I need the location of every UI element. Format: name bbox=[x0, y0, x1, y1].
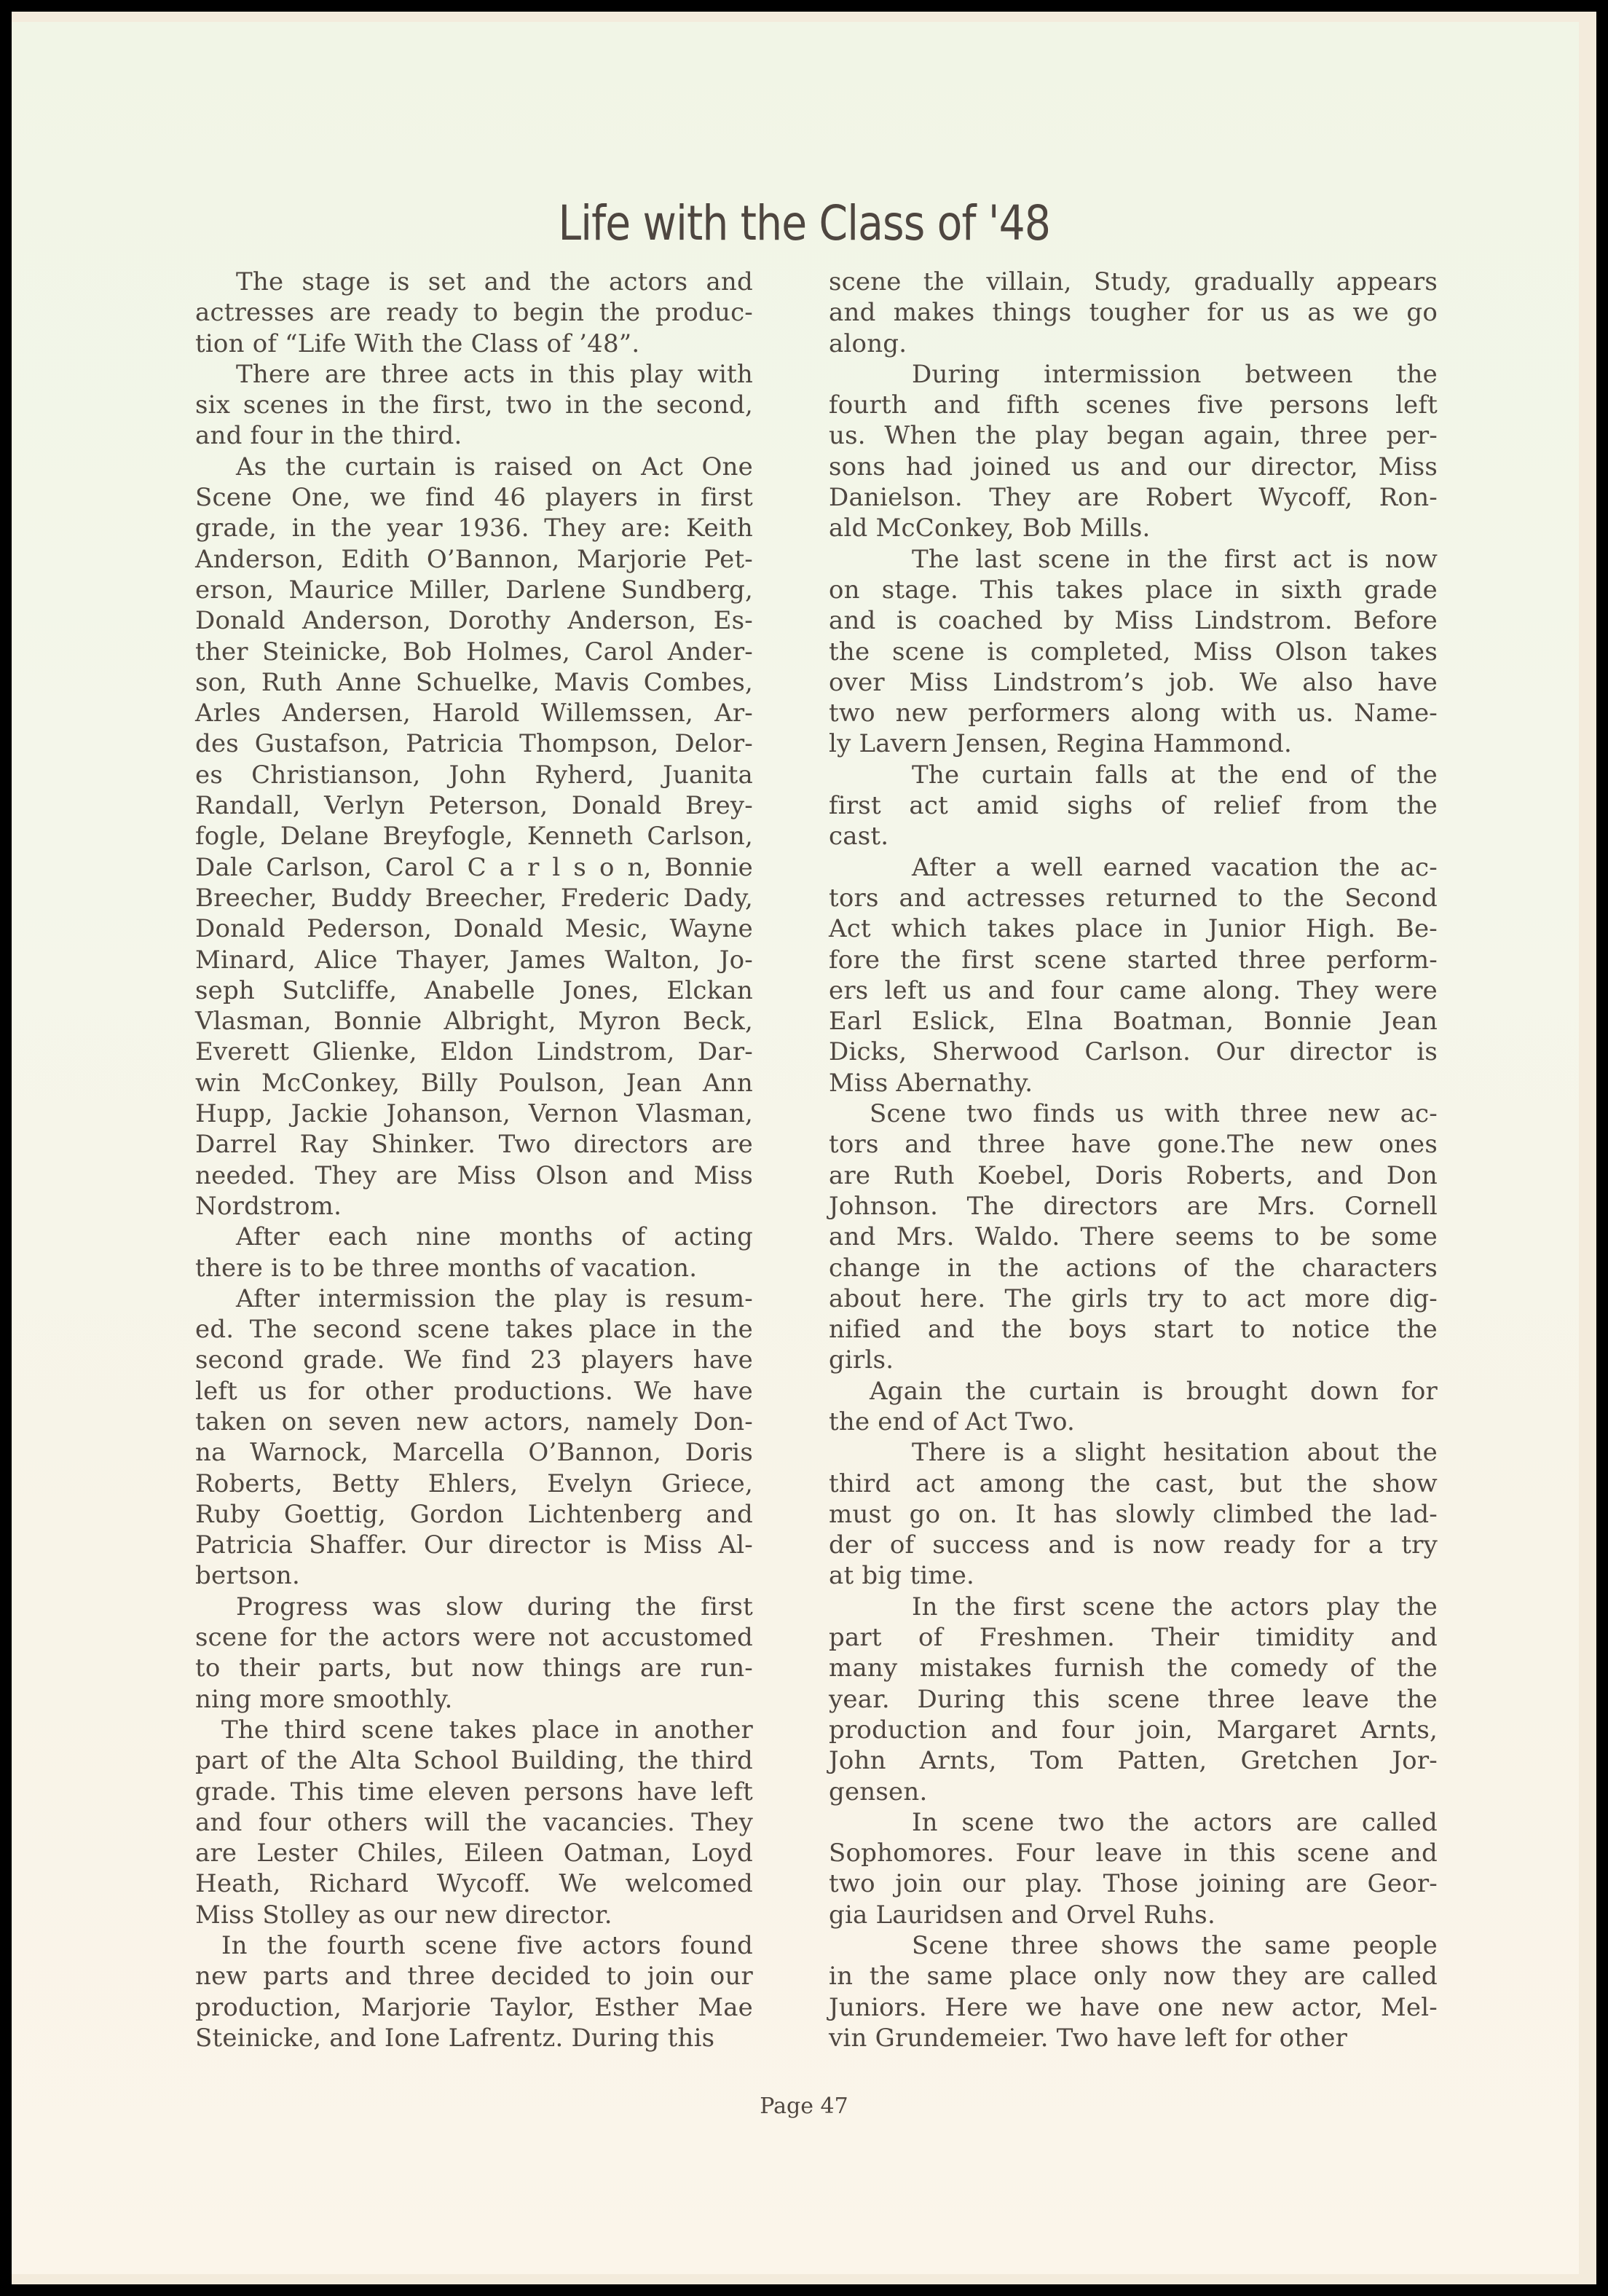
text-line: Breecher, Buddy Breecher, Frederic Dady, bbox=[195, 883, 753, 913]
text-line: The curtain falls at the end of the bbox=[829, 760, 1438, 790]
paragraph: In the fourth scene five actors foundnew… bbox=[195, 1930, 753, 2053]
left-column: The stage is set and the actors andactre… bbox=[195, 267, 753, 2053]
text-line: Arles Andersen, Harold Willemssen, Ar- bbox=[195, 698, 753, 728]
text-line: must go on. It has slowly climbed the la… bbox=[829, 1499, 1438, 1530]
text-line: at big time. bbox=[829, 1560, 1438, 1591]
text-line: Scene One, we find 46 players in first bbox=[195, 482, 753, 513]
text-line: and is coached by Miss Lindstrom. Before bbox=[829, 605, 1438, 636]
text-line: Vlasman, Bonnie Albright, Myron Beck, bbox=[195, 1006, 753, 1037]
paragraph: Scene three shows the same peoplein the … bbox=[829, 1930, 1438, 2053]
text-line: es Christianson, John Ryherd, Juanita bbox=[195, 760, 753, 790]
text-line: ed. The second scene takes place in the bbox=[195, 1314, 753, 1345]
paragraph: The third scene takes place in anotherpa… bbox=[195, 1715, 753, 1930]
text-line: are Ruth Koebel, Doris Roberts, and Don bbox=[829, 1160, 1438, 1191]
text-line: fore the first scene started three perfo… bbox=[829, 945, 1438, 975]
text-line: erson, Maurice Miller, Darlene Sundberg, bbox=[195, 575, 753, 605]
text-line: Roberts, Betty Ehlers, Evelyn Griece, bbox=[195, 1469, 753, 1499]
text-line: in the same place only now they are call… bbox=[829, 1961, 1438, 1992]
text-line: tors and three have gone.The new ones bbox=[829, 1129, 1438, 1160]
text-line: and makes things tougher for us as we go bbox=[829, 297, 1438, 328]
text-line: Minard, Alice Thayer, James Walton, Jo- bbox=[195, 945, 753, 975]
text-line: nified and the boys start to notice the bbox=[829, 1314, 1438, 1345]
page-edge bbox=[12, 2274, 1596, 2284]
text-line: Miss Abernathy. bbox=[829, 1068, 1438, 1098]
page-edge bbox=[12, 12, 1596, 22]
text-line: grade, in the year 1936. They are: Keith bbox=[195, 513, 753, 543]
yearbook-page: Life with the Class of '48 The stage is … bbox=[12, 12, 1596, 2284]
text-line: cast. bbox=[829, 821, 1438, 852]
text-line: needed. They are Miss Olson and Miss bbox=[195, 1160, 753, 1191]
text-line: Patricia Shaffer. Our director is Miss A… bbox=[195, 1530, 753, 1560]
text-line: ly Lavern Jensen, Regina Hammond. bbox=[829, 728, 1438, 759]
text-line: bertson. bbox=[195, 1560, 753, 1591]
text-line: In scene two the actors are called bbox=[829, 1807, 1438, 1838]
text-line: part of Freshmen. Their timidity and bbox=[829, 1622, 1438, 1653]
text-line: Donald Anderson, Dorothy Anderson, Es- bbox=[195, 605, 753, 636]
text-line: win McConkey, Billy Poulson, Jean Ann bbox=[195, 1068, 753, 1098]
paragraph: The last scene in the first act is nowon… bbox=[829, 544, 1438, 760]
text-line: Hupp, Jackie Johanson, Vernon Vlasman, bbox=[195, 1098, 753, 1129]
text-line: tion of “Life With the Class of ’48”. bbox=[195, 329, 753, 359]
text-line: The last scene in the first act is now bbox=[829, 544, 1438, 575]
text-line: In the fourth scene five actors found bbox=[195, 1930, 753, 1961]
paragraph: There are three acts in this play withsi… bbox=[195, 359, 753, 452]
text-line: des Gustafson, Patricia Thompson, Delor- bbox=[195, 728, 753, 759]
page-edge bbox=[1579, 12, 1596, 2284]
text-line: seph Sutcliffe, Anabelle Jones, Elckan bbox=[195, 975, 753, 1006]
text-line: girls. bbox=[829, 1345, 1438, 1375]
text-line: There is a slight hesitation about the bbox=[829, 1437, 1438, 1468]
text-line: As the curtain is raised on Act One bbox=[195, 452, 753, 482]
text-line: Scene two finds us with three new ac- bbox=[829, 1098, 1438, 1129]
page-number: Page 47 bbox=[12, 2093, 1596, 2119]
paragraph: The stage is set and the actors andactre… bbox=[195, 267, 753, 359]
text-line: Heath, Richard Wycoff. We welcomed bbox=[195, 1868, 753, 1899]
text-line: the scene is completed, Miss Olson takes bbox=[829, 637, 1438, 667]
text-line: us. When the play began again, three per… bbox=[829, 420, 1438, 451]
text-line: Steinicke, and Ione Lafrentz. During thi… bbox=[195, 2023, 753, 2053]
text-line: production and four join, Margaret Arnts… bbox=[829, 1715, 1438, 1745]
page-title: Life with the Class of '48 bbox=[123, 195, 1486, 251]
text-line: and four in the third. bbox=[195, 420, 753, 451]
text-line: der of success and is now ready for a tr… bbox=[829, 1530, 1438, 1560]
text-line: son, Ruth Anne Schuelke, Mavis Combes, bbox=[195, 667, 753, 698]
text-line: two new performers along with us. Name- bbox=[829, 698, 1438, 728]
text-line: first act amid sighs of relief from the bbox=[829, 790, 1438, 821]
text-line: In the first scene the actors play the bbox=[829, 1592, 1438, 1622]
text-line: Earl Eslick, Elna Boatman, Bonnie Jean bbox=[829, 1006, 1438, 1037]
paragraph: After a well earned vacation the ac-tors… bbox=[829, 852, 1438, 1098]
text-line: taken on seven new actors, namely Don- bbox=[195, 1407, 753, 1437]
text-line: there is to be three months of vacation. bbox=[195, 1253, 753, 1283]
text-line: part of the Alta School Building, the th… bbox=[195, 1745, 753, 1776]
text-line: tors and actresses returned to the Secon… bbox=[829, 883, 1438, 913]
paragraph: After each nine months of actingthere is… bbox=[195, 1222, 753, 1283]
text-line: na Warnock, Marcella O’Bannon, Doris bbox=[195, 1437, 753, 1468]
text-line: Ruby Goettig, Gordon Lichtenberg and bbox=[195, 1499, 753, 1530]
right-column: scene the villain, Study, gradually appe… bbox=[829, 267, 1438, 2053]
text-line: Scene three shows the same people bbox=[829, 1930, 1438, 1961]
text-line: over Miss Lindstrom’s job. We also have bbox=[829, 667, 1438, 698]
text-line: Again the curtain is brought down for bbox=[829, 1376, 1438, 1407]
text-line: gia Lauridsen and Orvel Ruhs. bbox=[829, 1900, 1438, 1930]
text-line: Dale Carlson, Carol C a r l s o n, Bonni… bbox=[195, 852, 753, 883]
text-line: The third scene takes place in another bbox=[195, 1715, 753, 1745]
text-line: After a well earned vacation the ac- bbox=[829, 852, 1438, 883]
text-line: ers left us and four came along. They we… bbox=[829, 975, 1438, 1006]
text-line: Act which takes place in Junior High. Be… bbox=[829, 913, 1438, 944]
text-line: left us for other productions. We have bbox=[195, 1376, 753, 1407]
text-line: change in the actions of the characters bbox=[829, 1253, 1438, 1283]
text-line: new parts and three decided to join our bbox=[195, 1961, 753, 1992]
text-line: Danielson. They are Robert Wycoff, Ron- bbox=[829, 482, 1438, 513]
paragraph: After intermission the play is resum-ed.… bbox=[195, 1283, 753, 1592]
text-line: actresses are ready to begin the produc- bbox=[195, 297, 753, 328]
text-line: two join our play. Those joining are Geo… bbox=[829, 1868, 1438, 1899]
text-line: third act among the cast, but the show bbox=[829, 1469, 1438, 1499]
text-line: to their parts, but now things are run- bbox=[195, 1653, 753, 1683]
paragraph: In the first scene the actors play thepa… bbox=[829, 1592, 1438, 1807]
text-line: are Lester Chiles, Eileen Oatman, Loyd bbox=[195, 1838, 753, 1868]
paragraph: scene the villain, Study, gradually appe… bbox=[829, 267, 1438, 359]
text-line: Progress was slow during the first bbox=[195, 1592, 753, 1622]
text-line: After each nine months of acting bbox=[195, 1222, 753, 1252]
text-line: and Mrs. Waldo. There seems to be some bbox=[829, 1222, 1438, 1252]
text-line: After intermission the play is resum- bbox=[195, 1283, 753, 1314]
text-line: Sophomores. Four leave in this scene and bbox=[829, 1838, 1438, 1868]
text-line: Dicks, Sherwood Carlson. Our director is bbox=[829, 1037, 1438, 1067]
text-line: fourth and fifth scenes five persons lef… bbox=[829, 390, 1438, 420]
text-line: six scenes in the first, two in the seco… bbox=[195, 390, 753, 420]
text-line: ther Steinicke, Bob Holmes, Carol Ander- bbox=[195, 637, 753, 667]
paragraph: Again the curtain is brought down forthe… bbox=[829, 1376, 1438, 1438]
text-line: and four others will the vacancies. They bbox=[195, 1807, 753, 1838]
text-line: Johnson. The directors are Mrs. Cornell bbox=[829, 1191, 1438, 1222]
text-line: scene for the actors were not accustomed bbox=[195, 1622, 753, 1653]
text-line: There are three acts in this play with bbox=[195, 359, 753, 390]
paragraph: There is a slight hesitation about theth… bbox=[829, 1437, 1438, 1591]
text-line: During intermission between the bbox=[829, 359, 1438, 390]
text-line: many mistakes furnish the comedy of the bbox=[829, 1653, 1438, 1683]
text-line: production, Marjorie Taylor, Esther Mae bbox=[195, 1992, 753, 2023]
paragraph: Scene two finds us with three new ac-tor… bbox=[829, 1098, 1438, 1376]
paragraph: The curtain falls at the end of thefirst… bbox=[829, 760, 1438, 852]
text-line: Nordstrom. bbox=[195, 1191, 753, 1222]
text-line: John Arnts, Tom Patten, Gretchen Jor- bbox=[829, 1745, 1438, 1776]
text-line: Randall, Verlyn Peterson, Donald Brey- bbox=[195, 790, 753, 821]
text-line: Anderson, Edith O’Bannon, Marjorie Pet- bbox=[195, 544, 753, 575]
text-line: second grade. We find 23 players have bbox=[195, 1345, 753, 1375]
text-line: sons had joined us and our director, Mis… bbox=[829, 452, 1438, 482]
text-line: grade. This time eleven persons have lef… bbox=[195, 1777, 753, 1807]
text-line: the end of Act Two. bbox=[829, 1407, 1438, 1437]
text-line: gensen. bbox=[829, 1777, 1438, 1807]
text-line: Miss Stolley as our new director. bbox=[195, 1900, 753, 1930]
paragraph: Progress was slow during the firstscene … bbox=[195, 1592, 753, 1715]
text-line: along. bbox=[829, 329, 1438, 359]
text-line: Darrel Ray Shinker. Two directors are bbox=[195, 1129, 753, 1160]
paragraph: In scene two the actors are calledSophom… bbox=[829, 1807, 1438, 1930]
paragraph: As the curtain is raised on Act OneScene… bbox=[195, 452, 753, 1222]
text-line: fogle, Delane Breyfogle, Kenneth Carlson… bbox=[195, 821, 753, 852]
text-line: Donald Pederson, Donald Mesic, Wayne bbox=[195, 913, 753, 944]
paragraph: During intermission between thefourth an… bbox=[829, 359, 1438, 544]
text-line: ald McConkey, Bob Mills. bbox=[829, 513, 1438, 543]
text-line: on stage. This takes place in sixth grad… bbox=[829, 575, 1438, 605]
text-line: scene the villain, Study, gradually appe… bbox=[829, 267, 1438, 297]
text-line: The stage is set and the actors and bbox=[195, 267, 753, 297]
text-line: about here. The girls try to act more di… bbox=[829, 1283, 1438, 1314]
text-line: Everett Glienke, Eldon Lindstrom, Dar- bbox=[195, 1037, 753, 1067]
text-line: year. During this scene three leave the bbox=[829, 1684, 1438, 1715]
text-line: vin Grundemeier. Two have left for other bbox=[829, 2023, 1438, 2053]
text-line: ning more smoothly. bbox=[195, 1684, 753, 1715]
text-line: Juniors. Here we have one new actor, Mel… bbox=[829, 1992, 1438, 2023]
